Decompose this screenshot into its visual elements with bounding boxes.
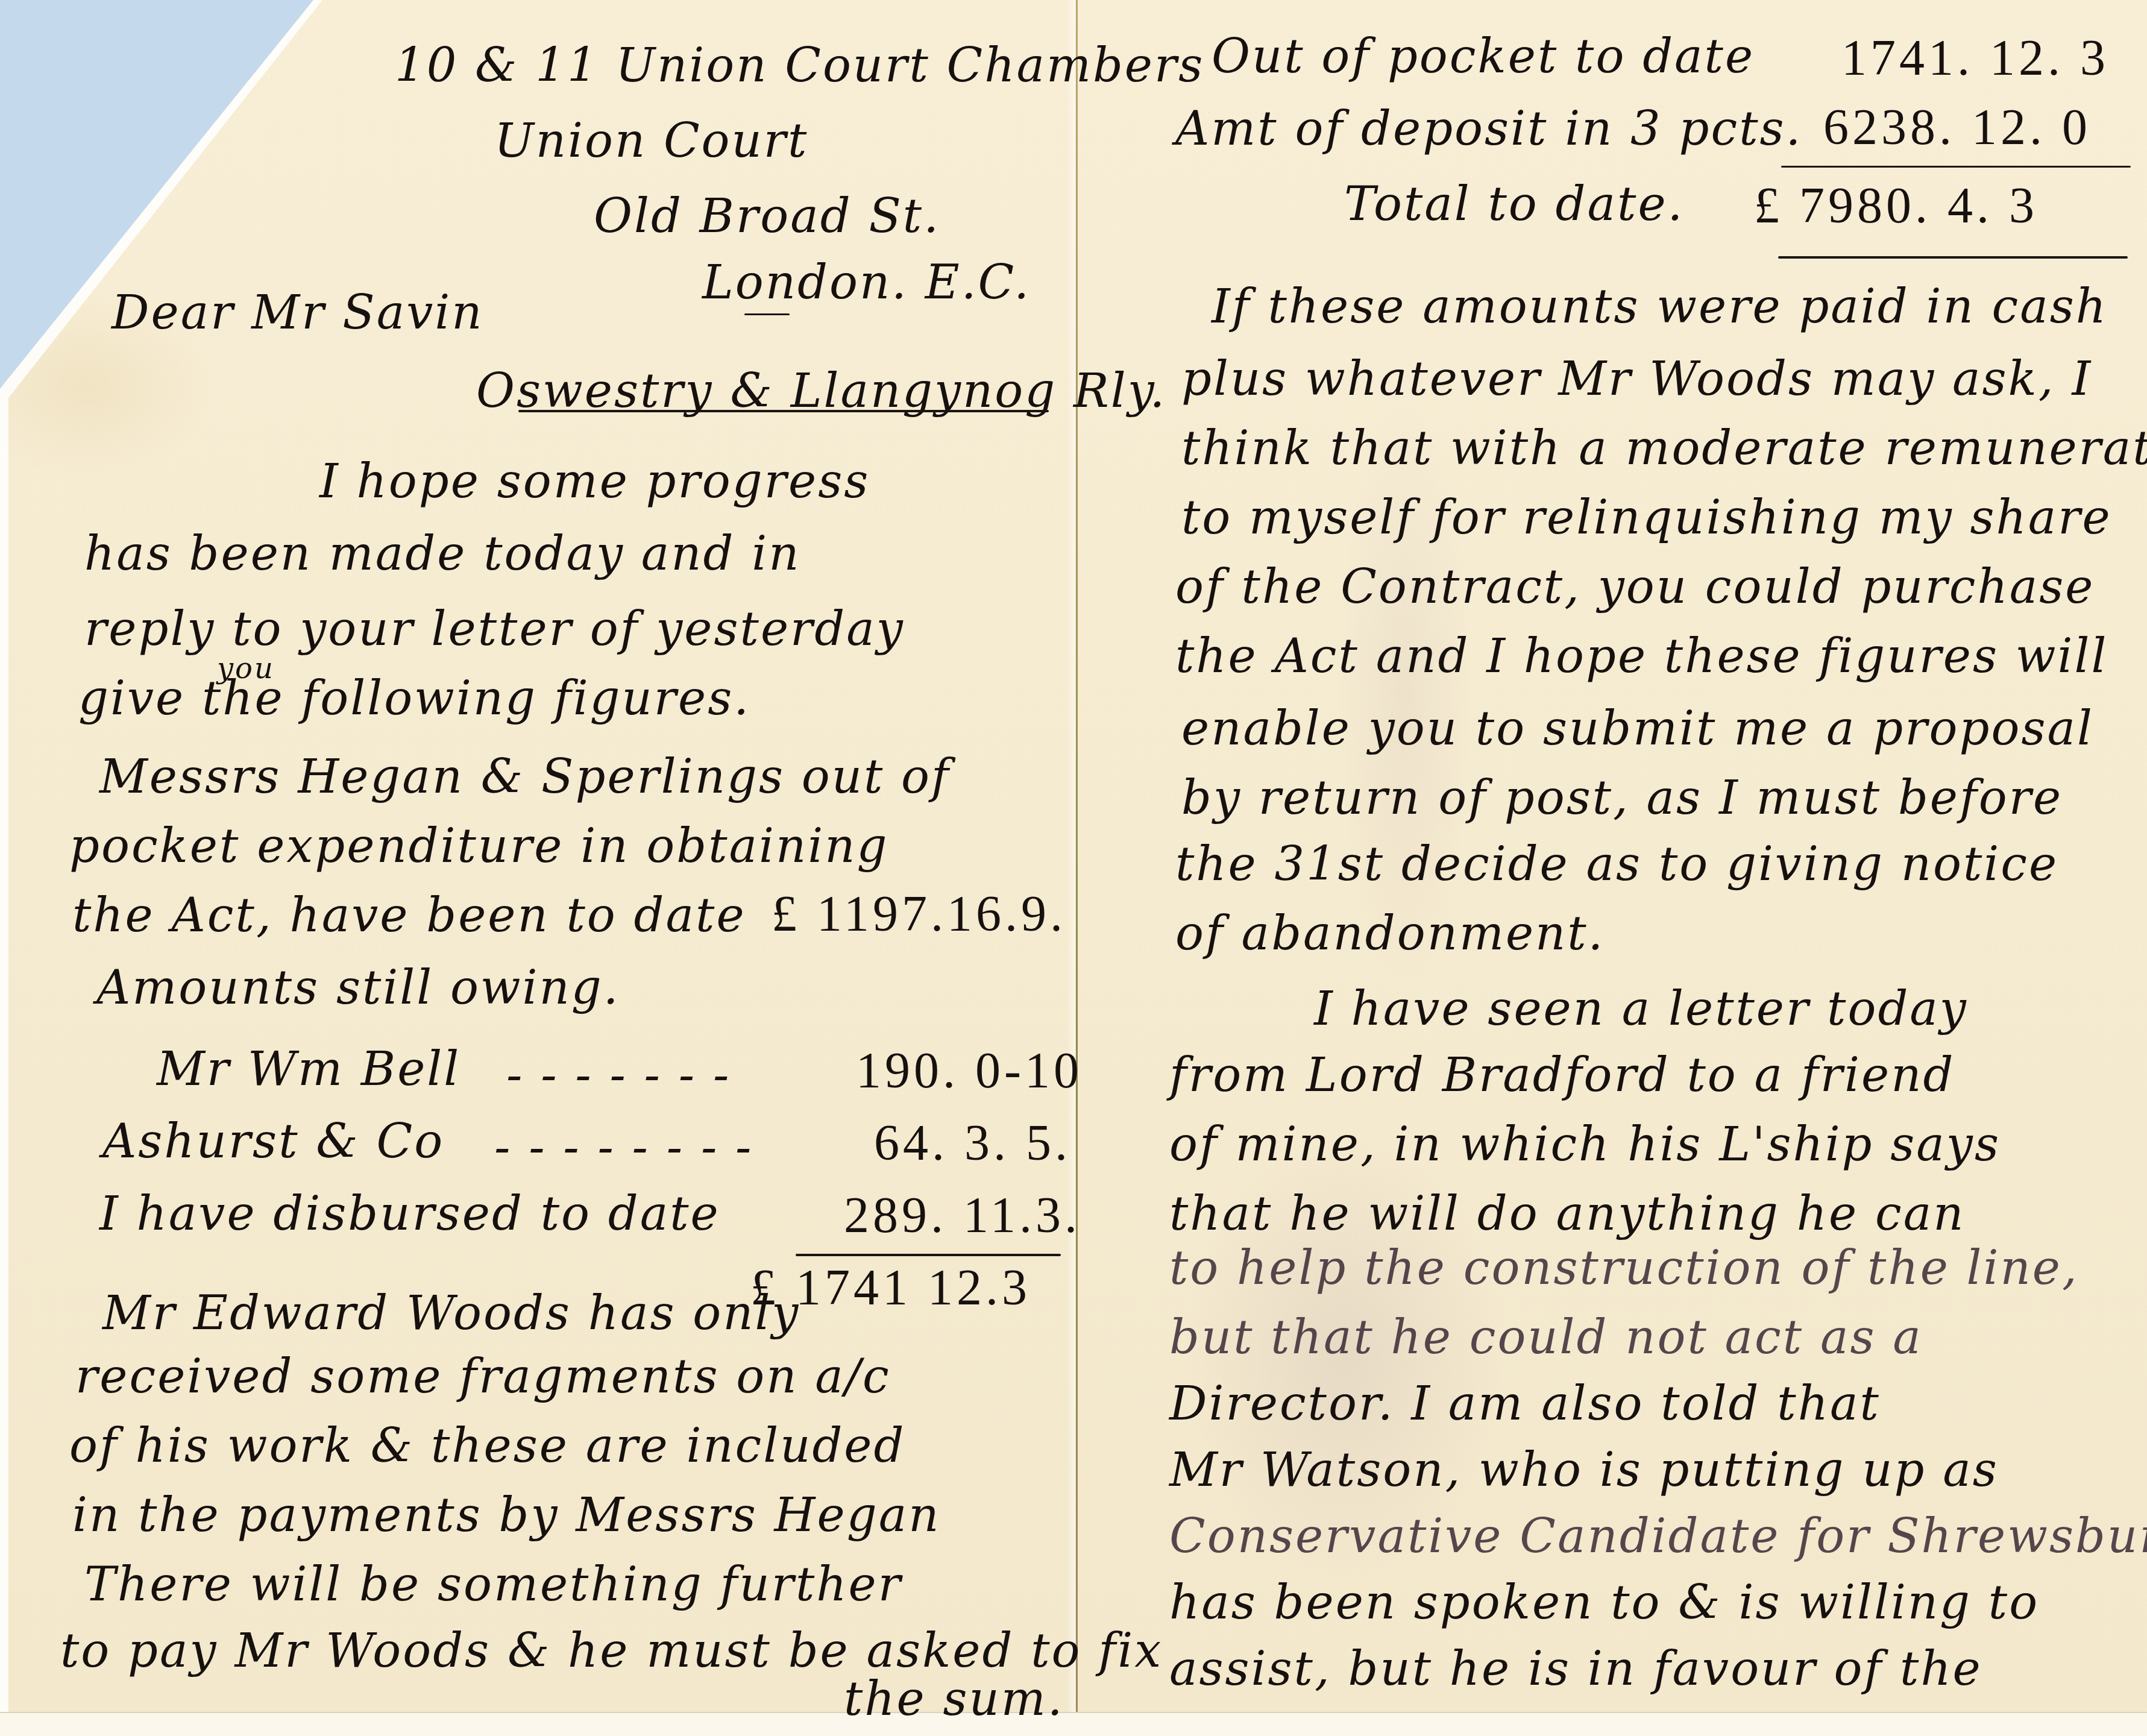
body-line: give the following figures. — [78, 675, 750, 722]
account-amount: 1741. 12. 3 — [1841, 33, 2109, 84]
body-line: to myself for relinquishing my share — [1181, 494, 2112, 541]
subject-heading: Oswestry & Llangynog Rly. — [476, 368, 1166, 415]
figure-hegan-sperling: £ 1197.16.9. — [772, 889, 1066, 940]
body-line: the 31st decide as to giving notice — [1175, 841, 2058, 888]
body-line: If these amounts were paid in cash — [1212, 283, 2108, 330]
amount-disbursed: 289. 11.3. — [844, 1190, 1081, 1241]
salutation: Dear Mr Savin — [112, 289, 483, 336]
body-line: of abandonment. — [1175, 910, 1605, 957]
body-line: the Act, have been to date — [72, 892, 746, 939]
amount-ashurst: 64. 3. 5. — [874, 1118, 1071, 1169]
amount-bell: 190. 0-10 — [856, 1046, 1083, 1096]
body-line: from Lord Bradford to a friend — [1169, 1052, 1955, 1099]
body-line: plus whatever Mr Woods may ask, I — [1181, 356, 2092, 403]
body-line: received some fragments on a/c — [75, 1353, 891, 1400]
letter-page-right: Out of pocket to date 1741. 12. 3 Amt of… — [1079, 0, 2147, 1712]
body-line: Mr Edward Woods has only — [102, 1290, 800, 1337]
body-line: the sum. — [844, 1676, 1064, 1723]
body-line: has been spoken to & is willing to — [1169, 1579, 2039, 1626]
body-line: to help the construction of the line, — [1169, 1245, 2079, 1292]
body-line: Messrs Hegan & Sperlings out of — [99, 753, 951, 800]
body-line: Director. I am also told that — [1169, 1380, 1881, 1427]
body-line: to pay Mr Woods & he must be asked to fi… — [60, 1627, 1163, 1675]
body-line: but that he could not act as a — [1169, 1314, 1923, 1361]
center-fold-line — [1076, 0, 1078, 1736]
body-line: Amounts still owing. — [96, 964, 620, 1011]
disbursed-label: I have disbursed to date — [99, 1190, 720, 1238]
body-line: the Act and I hope these figures will — [1175, 633, 2108, 680]
bottom-paper-edge — [0, 1712, 2147, 1736]
body-line: has been made today and in — [84, 530, 800, 577]
creditor-bell: Mr Wm Bell — [157, 1046, 461, 1093]
account-label: Amt of deposit in 3 pcts. — [1175, 105, 1802, 153]
body-line: I hope some progress — [319, 458, 870, 505]
account-label: Total to date. — [1344, 181, 1684, 228]
body-line: of his work & these are included — [69, 1423, 905, 1470]
account-amount: 6238. 12. 0 — [1823, 102, 2091, 153]
account-total: £ 7980. 4. 3 — [1754, 181, 2038, 231]
subject-underline — [518, 410, 1049, 412]
letter-page-left: 10 & 11 Union Court Chambers Union Court… — [0, 0, 1076, 1712]
body-line: I have seen a letter today — [1314, 986, 1968, 1033]
body-line: Conservative Candidate for Shrewsbury — [1169, 1513, 2147, 1560]
account-label: Out of pocket to date — [1212, 33, 1755, 80]
body-line: reply to your letter of yesterday — [84, 606, 905, 653]
leader-dashes: - - - - - - - - — [494, 1124, 753, 1171]
account-rule — [1781, 166, 2131, 168]
leader-dashes: - - - - - - - — [506, 1052, 731, 1099]
body-line: think that with a moderate remuneration — [1181, 425, 2147, 472]
address-underline — [744, 313, 790, 315]
body-line: of the Contract, you could purchase — [1175, 564, 2095, 611]
creditor-ashurst: Ashurst & Co — [102, 1118, 444, 1165]
body-line: Mr Watson, who is putting up as — [1169, 1447, 1999, 1494]
address-line-4: London. E.C. — [702, 259, 1031, 306]
body-line: There will be something further — [84, 1561, 902, 1608]
body-line: that he will do anything he can — [1169, 1190, 1965, 1238]
address-line-3: Old Broad St. — [594, 193, 940, 240]
body-line: pocket expenditure in obtaining — [69, 823, 888, 870]
address-line-2: Union Court — [494, 118, 808, 165]
body-line: enable you to submit me a proposal — [1181, 705, 2094, 752]
body-line: by return of post, as I must before — [1181, 775, 2063, 822]
body-line: of mine, in which his L'ship says — [1169, 1121, 2001, 1168]
sum-rule — [796, 1254, 1061, 1256]
body-line: in the payments by Messrs Hegan — [72, 1492, 940, 1539]
total-rule — [1778, 256, 2128, 259]
body-line: assist, but he is in favour of the — [1169, 1646, 1982, 1693]
